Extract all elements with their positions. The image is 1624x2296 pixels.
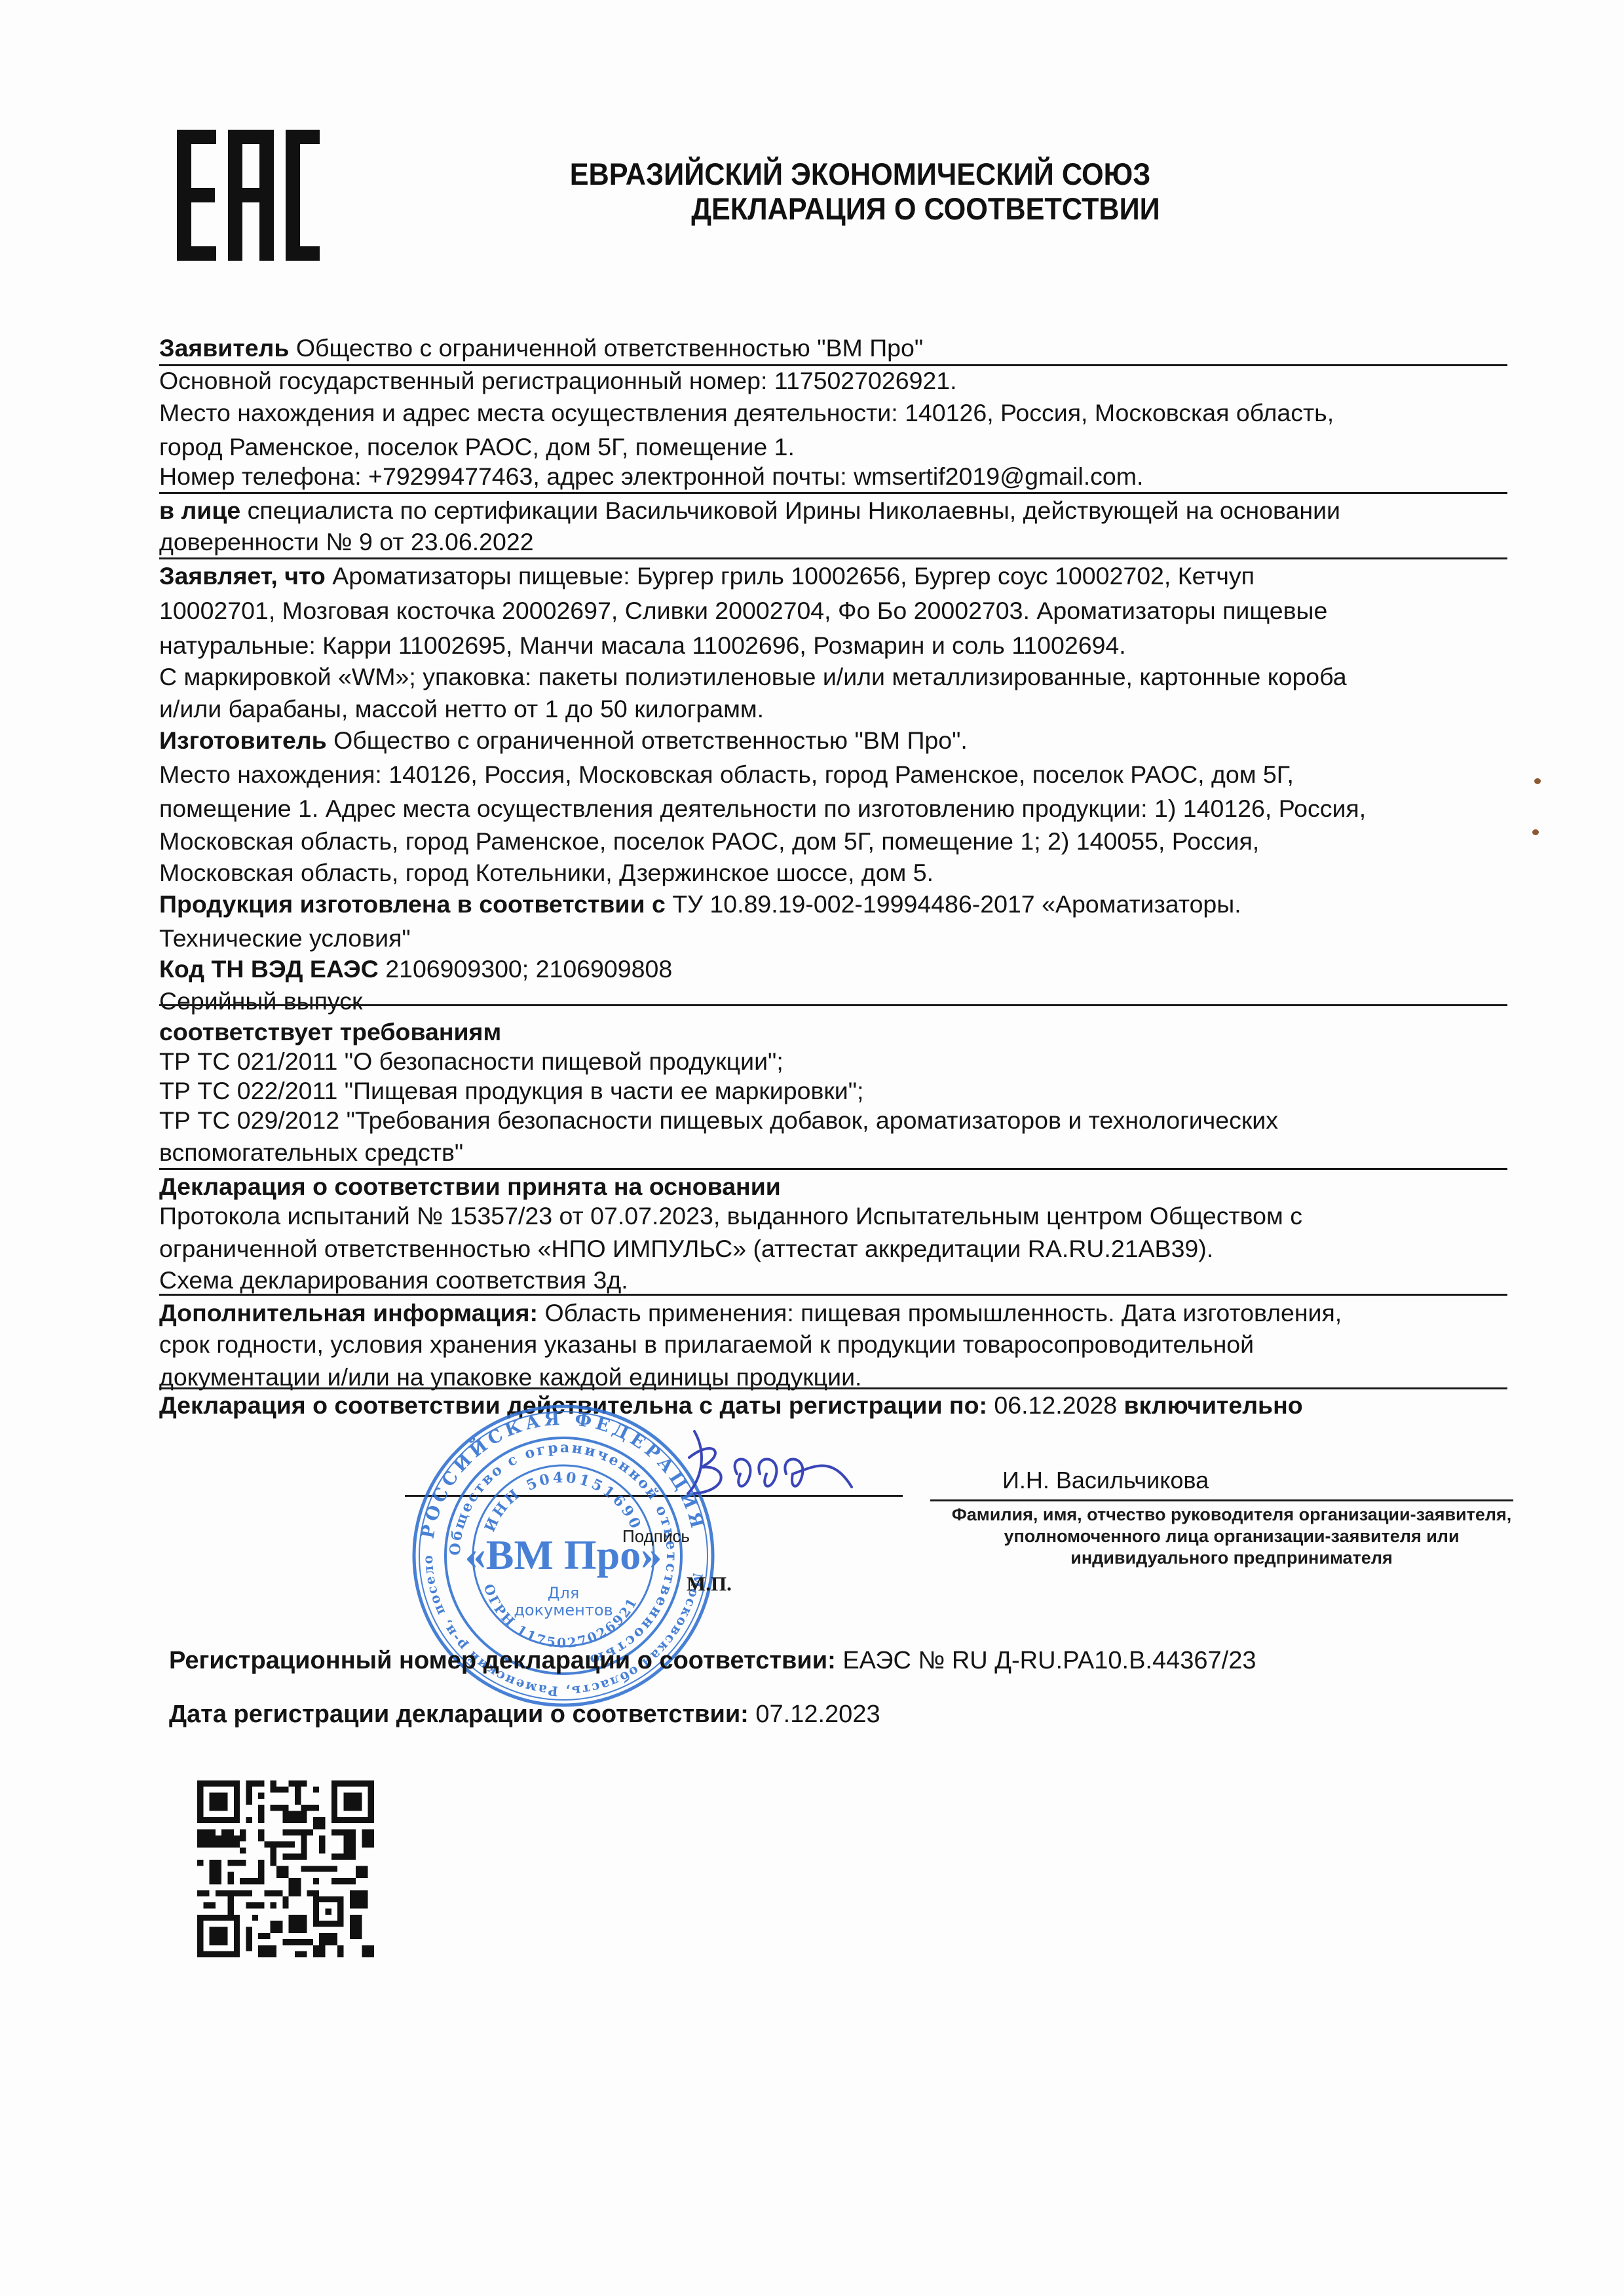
declares-line-1: Заявляет, что Ароматизаторы пищевые: Бур… (159, 561, 1255, 590)
signer-name: И.Н. Васильчикова (1002, 1466, 1209, 1495)
applicant-address-1: Место нахождения и адрес места осуществл… (159, 398, 1334, 427)
registration-number-label: Регистрационный номер декларации о соотв… (169, 1647, 836, 1674)
validity-date: 06.12.2028 (987, 1391, 1117, 1419)
scan-speck (1534, 778, 1541, 784)
additional-text: Область применения: пищевая промышленнос… (538, 1299, 1342, 1327)
declaration-page: ЕВРАЗИЙСКИЙ ЭКОНОМИЧЕСКИЙ СОЮЗ ДЕКЛАРАЦИ… (0, 0, 1624, 2296)
representative-line-1: в лице специалиста по сертификации Васил… (159, 496, 1340, 525)
qr-code[interactable] (197, 1780, 375, 1957)
validity-suffix: включительно (1117, 1391, 1303, 1419)
additional-line-2: срок годности, условия хранения указаны … (159, 1330, 1254, 1359)
divider (159, 1387, 1507, 1389)
standard-label: Продукция изготовлена в соответствии с (159, 890, 666, 918)
requirement-item: ТР ТС 029/2012 "Требования безопасности … (159, 1106, 1278, 1135)
divider (159, 1294, 1507, 1296)
standard-text: ТУ 10.89.19-002-19994486-2017 «Ароматиза… (666, 890, 1241, 918)
header-union-title: ЕВРАЗИЙСКИЙ ЭКОНОМИЧЕСКИЙ СОЮЗ (544, 156, 1177, 192)
declares-line-5: и/или барабаны, массой нетто от 1 до 50 … (159, 694, 764, 723)
scan-speck (1532, 829, 1539, 835)
hs-code-line: Код ТН ВЭД ЕАЭС 2106909300; 2106909808 (159, 954, 672, 983)
manufacturer-address-2: помещение 1. Адрес места осуществления д… (159, 794, 1366, 823)
hs-code-value: 2106909300; 2106909808 (379, 955, 672, 983)
registration-date-value: 07.12.2023 (749, 1701, 880, 1728)
applicant-label: Заявитель (159, 334, 289, 362)
handwritten-signature (681, 1428, 878, 1500)
basis-line-1: Протокола испытаний № 15357/23 от 07.07.… (159, 1201, 1302, 1230)
applicant-address-2: город Раменское, поселок РАОС, дом 5Г, п… (159, 432, 795, 461)
requirement-item: ТР ТС 021/2011 "О безопасности пищевой п… (159, 1047, 784, 1076)
applicant-contacts: Номер телефона: +79299477463, адрес элек… (159, 462, 1143, 491)
declares-line-2: 10002701, Мозговая косточка 20002697, Сл… (159, 596, 1327, 625)
manufacturer-label: Изготовитель (159, 726, 327, 754)
declaration-scheme: Схема декларирования соответствия 3д. (159, 1266, 628, 1294)
signer-name-line (930, 1499, 1513, 1501)
signer-caption-2: уполномоченного лица организации-заявите… (943, 1526, 1520, 1547)
divider (159, 1004, 1507, 1006)
eac-logo-icon (176, 130, 320, 261)
requirement-item: вспомогательных средств" (159, 1138, 463, 1167)
divider (159, 1168, 1507, 1170)
hs-code-label: Код ТН ВЭД ЕАЭС (159, 955, 379, 983)
representative-text: специалиста по сертификации Васильчиково… (240, 497, 1340, 524)
divider (159, 492, 1507, 494)
requirement-item: ТР ТС 022/2011 "Пищевая продукция в част… (159, 1076, 863, 1105)
requirements-label: соответствует требованиям (159, 1017, 501, 1046)
header-declaration-title: ДЕКЛАРАЦИЯ О СООТВЕТСТВИИ (609, 191, 1242, 227)
registration-date-label: Дата регистрации декларации о соответств… (169, 1701, 749, 1728)
manufacturer-name: Общество с ограниченной ответственностью… (327, 726, 968, 754)
declares-text: Ароматизаторы пищевые: Бургер гриль 1000… (326, 562, 1255, 590)
registration-date-line: Дата регистрации декларации о соответств… (169, 1700, 880, 1729)
applicant-line: Заявитель Общество с ограниченной ответс… (159, 333, 923, 362)
basis-label: Декларация о соответствии принята на осн… (159, 1172, 781, 1201)
representative-label: в лице (159, 497, 240, 524)
applicant-name: Общество с ограниченной ответственностью… (289, 334, 923, 362)
basis-line-2: ограниченной ответственностью «НПО ИМПУЛ… (159, 1234, 1213, 1263)
signature-label: Подпись (622, 1526, 690, 1547)
svg-text:ИНН 5040151690: ИНН 5040151690 (482, 1469, 645, 1535)
manufacturer-address-4: Московская область, город Котельники, Дз… (159, 858, 934, 887)
seal-label: М.П. (687, 1572, 732, 1596)
registration-number-value: ЕАЭС № RU Д-RU.РА10.В.44367/23 (836, 1647, 1256, 1674)
validity-line: Декларация о соответствии действительна … (159, 1391, 1303, 1420)
standard-line-2: Технические условия" (159, 924, 411, 952)
manufacturer-address-3: Московская область, город Раменское, пос… (159, 827, 1259, 856)
representative-line-2: доверенности № 9 от 23.06.2022 (159, 527, 534, 556)
stamp-sub-2: документов (514, 1601, 613, 1619)
manufacturer-address-1: Место нахождения: 140126, Россия, Москов… (159, 760, 1294, 789)
signer-caption-1: Фамилия, имя, отчество руководителя орга… (943, 1504, 1520, 1526)
applicant-ogrn: Основной государственный регистрационный… (159, 366, 957, 395)
release-type: Серийный выпуск (159, 987, 362, 1015)
registration-number-line: Регистрационный номер декларации о соотв… (169, 1646, 1256, 1675)
signer-caption-3: индивидуального предпринимателя (943, 1547, 1520, 1569)
declares-line-3: натуральные: Карри 11002695, Манчи масал… (159, 631, 1126, 660)
standard-line-1: Продукция изготовлена в соответствии с Т… (159, 890, 1241, 918)
stamp-inn: ИНН 5040151690 (482, 1469, 645, 1535)
additional-line-1: Дополнительная информация: Область приме… (159, 1298, 1342, 1327)
stamp-sub-1: Для (548, 1584, 580, 1602)
declares-label: Заявляет, что (159, 562, 326, 590)
divider (159, 557, 1507, 559)
additional-label: Дополнительная информация: (159, 1299, 538, 1327)
manufacturer-line: Изготовитель Общество с ограниченной отв… (159, 726, 968, 755)
declares-line-4: С маркировкой «WM»; упаковка: пакеты пол… (159, 662, 1347, 691)
